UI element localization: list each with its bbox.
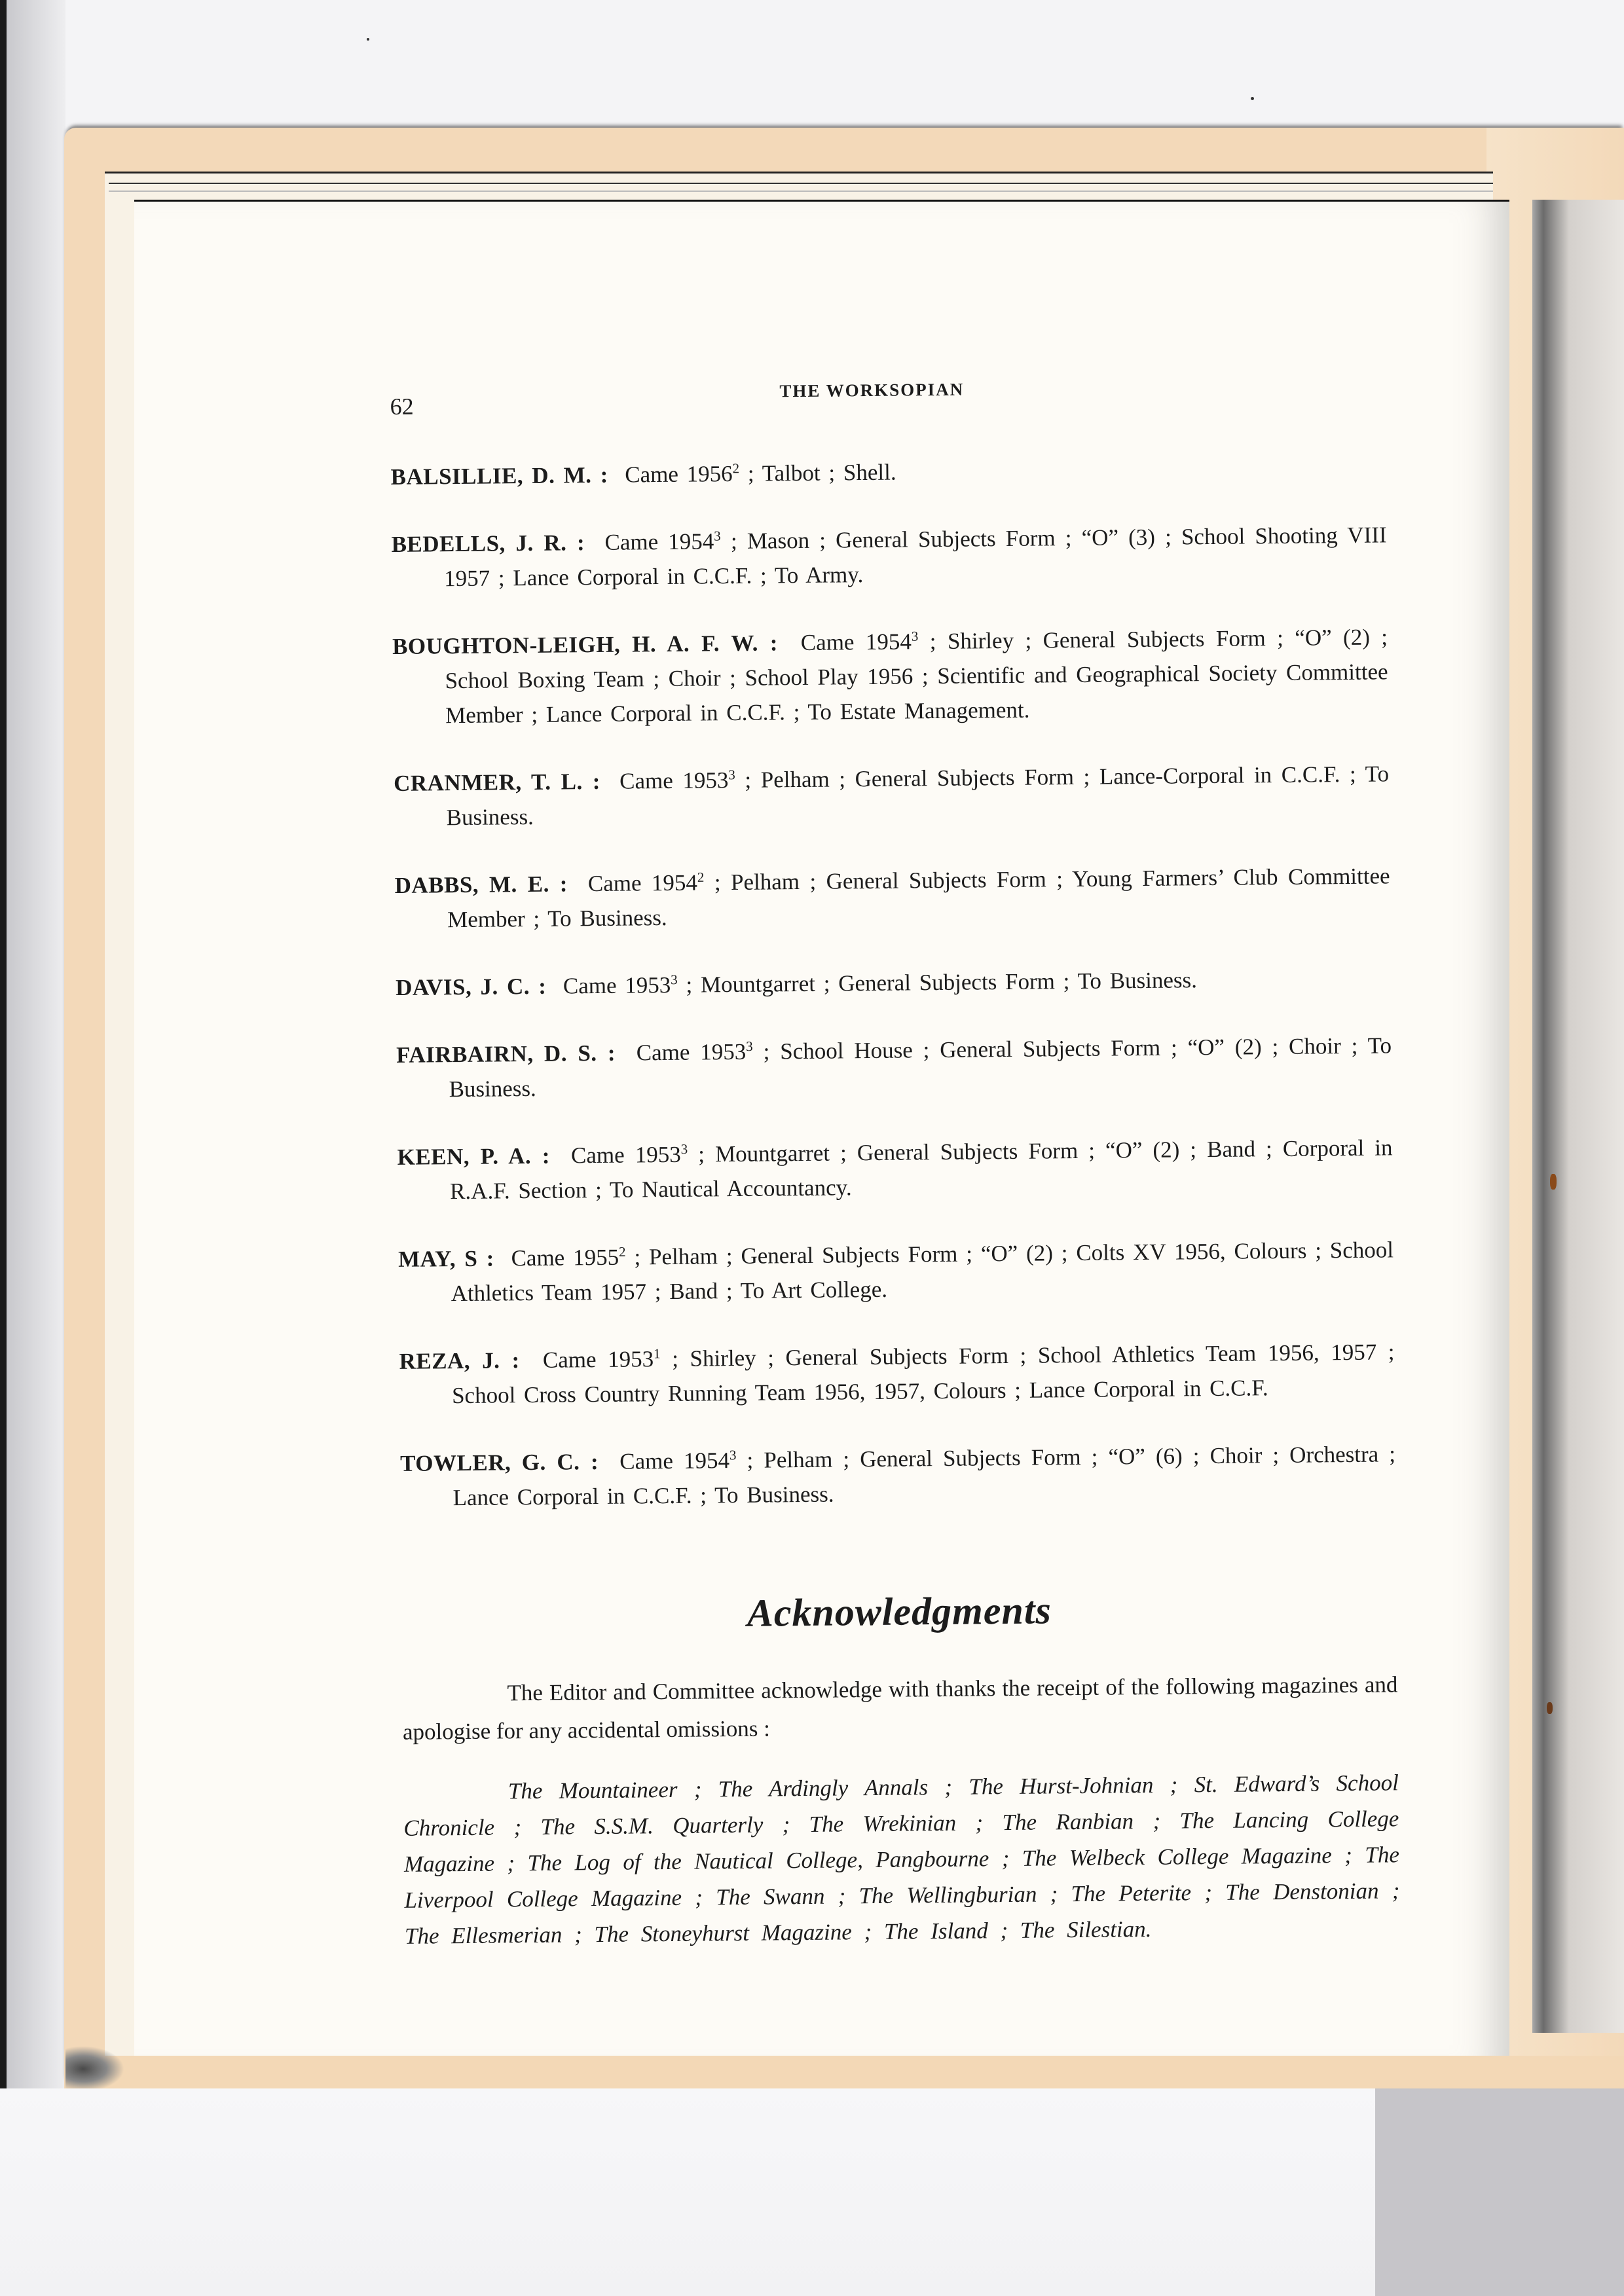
acknowledgments-magazine-list: The Mountaineer ; The Ardingly Annals ; … (403, 1764, 1401, 1954)
acknowledgments-intro: The Editor and Committee acknowledge wit… (402, 1666, 1398, 1751)
dust-speck (367, 38, 369, 41)
leaver-entry: KEEN, P. A. : Came 19533 ; Mountgarret ;… (397, 1130, 1393, 1209)
publication-title: THE WORKSOPIAN (779, 380, 964, 402)
leaver-entry: BOUGHTON-LEIGH, H. A. F. W. : Came 19543… (392, 619, 1388, 733)
leaver-name: KEEN, P. A. : (397, 1143, 550, 1170)
scanner-edge (0, 0, 7, 2296)
leaver-entry: MAY, S : Came 19552 ; Pelham ; General S… (398, 1232, 1394, 1311)
leaver-name: DABBS, M. E. : (394, 871, 568, 898)
leaver-name: BEDELLS, J. R. : (391, 530, 585, 557)
leaver-entry: DABBS, M. E. : Came 19542 ; Pelham ; Gen… (394, 858, 1390, 938)
leaver-name: REZA, J. : (399, 1347, 519, 1374)
leaver-entry: BALSILLIE, D. M. : Came 19562 ; Talbot ;… (390, 450, 1386, 494)
acknowledgments-heading: Acknowledgments (401, 1584, 1397, 1639)
leaver-entry: REZA, J. : Came 19531 ; Shirley ; Genera… (399, 1334, 1395, 1413)
running-head: 62 THE WORKSOPIAN (390, 357, 1386, 419)
leaver-name: TOWLER, G. C. : (400, 1449, 599, 1476)
leaver-entry: TOWLER, G. C. : Came 19543 ; Pelham ; Ge… (400, 1436, 1396, 1516)
leaver-name: FAIRBAIRN, D. S. : (396, 1040, 616, 1068)
leaver-entry: BEDELLS, J. R. : Came 19543 ; Mason ; Ge… (391, 517, 1387, 596)
book-cover-bottom (64, 2056, 1624, 2092)
cover-corner-wear (65, 2046, 124, 2092)
leaver-entry: DAVIS, J. C. : Came 19533 ; Mountgarret … (396, 960, 1391, 1005)
page-content: 62 THE WORKSOPIAN BALSILLIE, D. M. : Cam… (390, 357, 1401, 1977)
leaver-name: BOUGHTON-LEIGH, H. A. F. W. : (392, 630, 778, 659)
leaver-name: CRANMER, T. L. : (394, 769, 600, 796)
scanner-shadow (7, 0, 65, 2296)
leaver-entry: FAIRBAIRN, D. S. : Came 19533 ; School H… (396, 1028, 1392, 1107)
facing-page-shadow (1375, 2088, 1624, 2296)
page-number: 62 (390, 393, 413, 420)
rust-spot (1547, 1702, 1553, 1714)
book-gutter (1532, 200, 1624, 2033)
rust-spot (1550, 1174, 1557, 1190)
leaver-name: DAVIS, J. C. : (396, 974, 547, 1000)
leaver-entry: CRANMER, T. L. : Came 19533 ; Pelham ; G… (394, 756, 1390, 835)
leavers-list: BALSILLIE, D. M. : Came 19562 ; Talbot ;… (390, 450, 1395, 1516)
leaver-name: BALSILLIE, D. M. : (390, 462, 608, 490)
leaver-name: MAY, S : (398, 1246, 494, 1272)
dust-speck (1251, 97, 1254, 100)
